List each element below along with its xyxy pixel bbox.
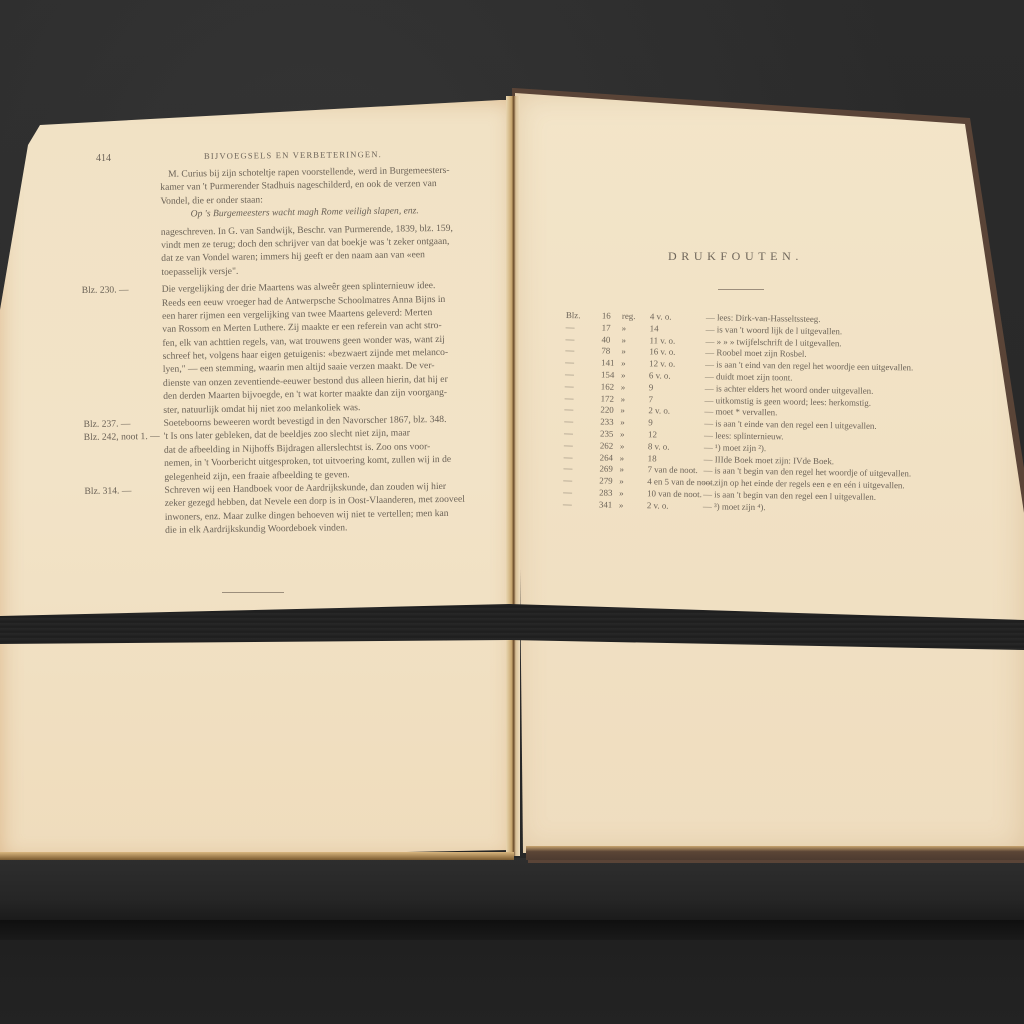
errata-line: 2 v. o. (648, 406, 670, 416)
errata-lead: — (565, 357, 593, 367)
lower-surface (0, 940, 1024, 1024)
errata-page: 172 (601, 393, 614, 403)
errata-lead: — (565, 393, 593, 403)
errata-correction: — lees: Dirk-van-Hasseltssteeg. (706, 312, 821, 324)
errata-line: 9 (649, 382, 654, 392)
errata-page: 262 (600, 440, 613, 450)
errata-reg: » (619, 464, 624, 474)
errata-page: 264 (600, 452, 613, 462)
errata-line: 14 (650, 323, 659, 333)
errata-correction: — is van 't woord lijk de l uitgevallen. (706, 324, 843, 336)
errata-line: 4 v. o. (650, 311, 672, 321)
errata-line: 7 van de noot. (647, 465, 697, 476)
errata-page: 283 (599, 487, 612, 497)
errata-reg: » (619, 500, 624, 510)
errata-reg: » (622, 323, 627, 333)
errata-lead: — (564, 416, 592, 426)
book-gutter (506, 96, 520, 856)
errata-correction: — ¹) moet zijn ²). (704, 442, 766, 453)
errata-page: 269 (599, 464, 612, 474)
errata-correction: — IIIde Boek moet zijn: IVde Boek. (704, 454, 835, 466)
errata-correction: — lees: splinternieuw. (704, 430, 784, 441)
errata-line: 12 v. o. (649, 359, 675, 369)
title-rule (718, 289, 764, 290)
errata-reg: » (621, 346, 626, 356)
errata-reg: » (621, 382, 626, 392)
errata-lead: — (563, 475, 591, 485)
errata-line: 6 v. o. (649, 370, 671, 380)
errata-line: 10 van de noot. (647, 488, 702, 499)
errata-correction: — Roobel moet zijn Rosbel. (705, 348, 806, 360)
errata-reg: » (620, 452, 625, 462)
errata-lead: — (565, 345, 593, 355)
errata-reg: » (620, 405, 625, 415)
errata-title: DRUKFOUTEN. (668, 249, 803, 264)
right-cover-bottom-edge (526, 846, 1024, 860)
errata-reg: » (621, 358, 626, 368)
errata-lead: — (564, 452, 592, 462)
errata-lead: Blz. (566, 310, 594, 320)
errata-line: 9 (648, 417, 653, 427)
entry-text: 't Is ons later gebleken, dat de beeldje… (164, 428, 410, 442)
errata-lead: — (565, 369, 593, 379)
errata-lead: — (563, 463, 591, 473)
errata-page: 220 (600, 405, 613, 415)
errata-lead: — (564, 428, 592, 438)
left-page-text: M. Curius bij zijn schoteltje rapen voor… (80, 164, 485, 539)
errata-page: 235 (600, 429, 613, 439)
errata-correction: — » » » twijfelschrift de l uitgevallen. (705, 336, 841, 348)
end-rule (222, 592, 284, 593)
left-page-bottom-edge (0, 852, 514, 860)
errata-reg: » (620, 429, 625, 439)
errata-reg: » (621, 334, 626, 344)
errata-page: 341 (599, 499, 612, 509)
entry-text: Die vergelijking der drie Maartens was a… (162, 280, 436, 295)
errata-page: 78 (601, 346, 610, 356)
errata-reg: » (620, 441, 625, 451)
running-header: BIJVOEGSELS EN VERBETERINGEN. (204, 149, 382, 161)
errata-reg: reg. (622, 311, 636, 321)
errata-line: 12 (648, 429, 657, 439)
errata-page: 233 (600, 417, 613, 427)
errata-correction: — duidt moet zijn toont. (705, 371, 793, 382)
errata-lead: — (565, 334, 593, 344)
errata-reg: » (620, 417, 625, 427)
errata-line: 11 v. o. (649, 335, 675, 345)
page-reference: Blz. 242, noot 1. — (84, 431, 160, 443)
errata-page: 162 (601, 381, 614, 391)
errata-lead: — (563, 499, 591, 509)
errata-reg: » (621, 370, 626, 380)
errata-lead: — (564, 404, 592, 414)
errata-lead: — (566, 322, 594, 332)
errata-line: 7 (649, 394, 654, 404)
errata-line: 2 v. o. (647, 500, 669, 510)
errata-lead: — (564, 440, 592, 450)
errata-page: 279 (599, 476, 612, 486)
page-reference: Blz. 237. — (83, 418, 163, 430)
errata-reg: » (619, 488, 624, 498)
errata-line: 8 v. o. (648, 441, 670, 451)
errata-page: 154 (601, 370, 614, 380)
page-number: 414 (96, 153, 111, 164)
errata-lead: — (565, 381, 593, 391)
errata-page: 141 (601, 358, 614, 368)
errata-reg: » (619, 476, 624, 486)
errata-lead: — (563, 487, 591, 497)
errata-reg: » (621, 393, 626, 403)
errata-page: 17 (602, 322, 611, 332)
errata-correction: — moet * vervallen. (704, 407, 777, 418)
errata-correction: — ³) moet zijn ⁴). (703, 501, 766, 512)
errata-line: 18 (648, 453, 657, 463)
errata-page: 40 (601, 334, 610, 344)
errata-page: 16 (602, 311, 611, 321)
page-reference: Blz. 314. — (84, 485, 164, 497)
errata-line: 16 v. o. (649, 347, 675, 357)
page-reference: Blz. 230. — (82, 284, 162, 296)
